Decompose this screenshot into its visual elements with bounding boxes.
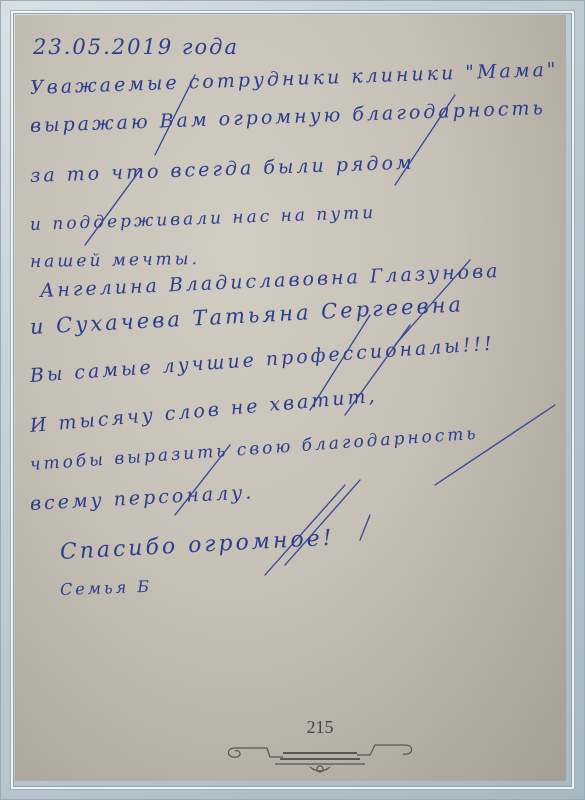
page-footer-ornament: 215	[215, 715, 425, 775]
handwriting-flourish-strokes	[15, 15, 566, 781]
decorative-scroll-icon	[215, 715, 425, 775]
notebook-page: 23.05.2019 года Уважаемые сотрудники кли…	[15, 15, 566, 781]
